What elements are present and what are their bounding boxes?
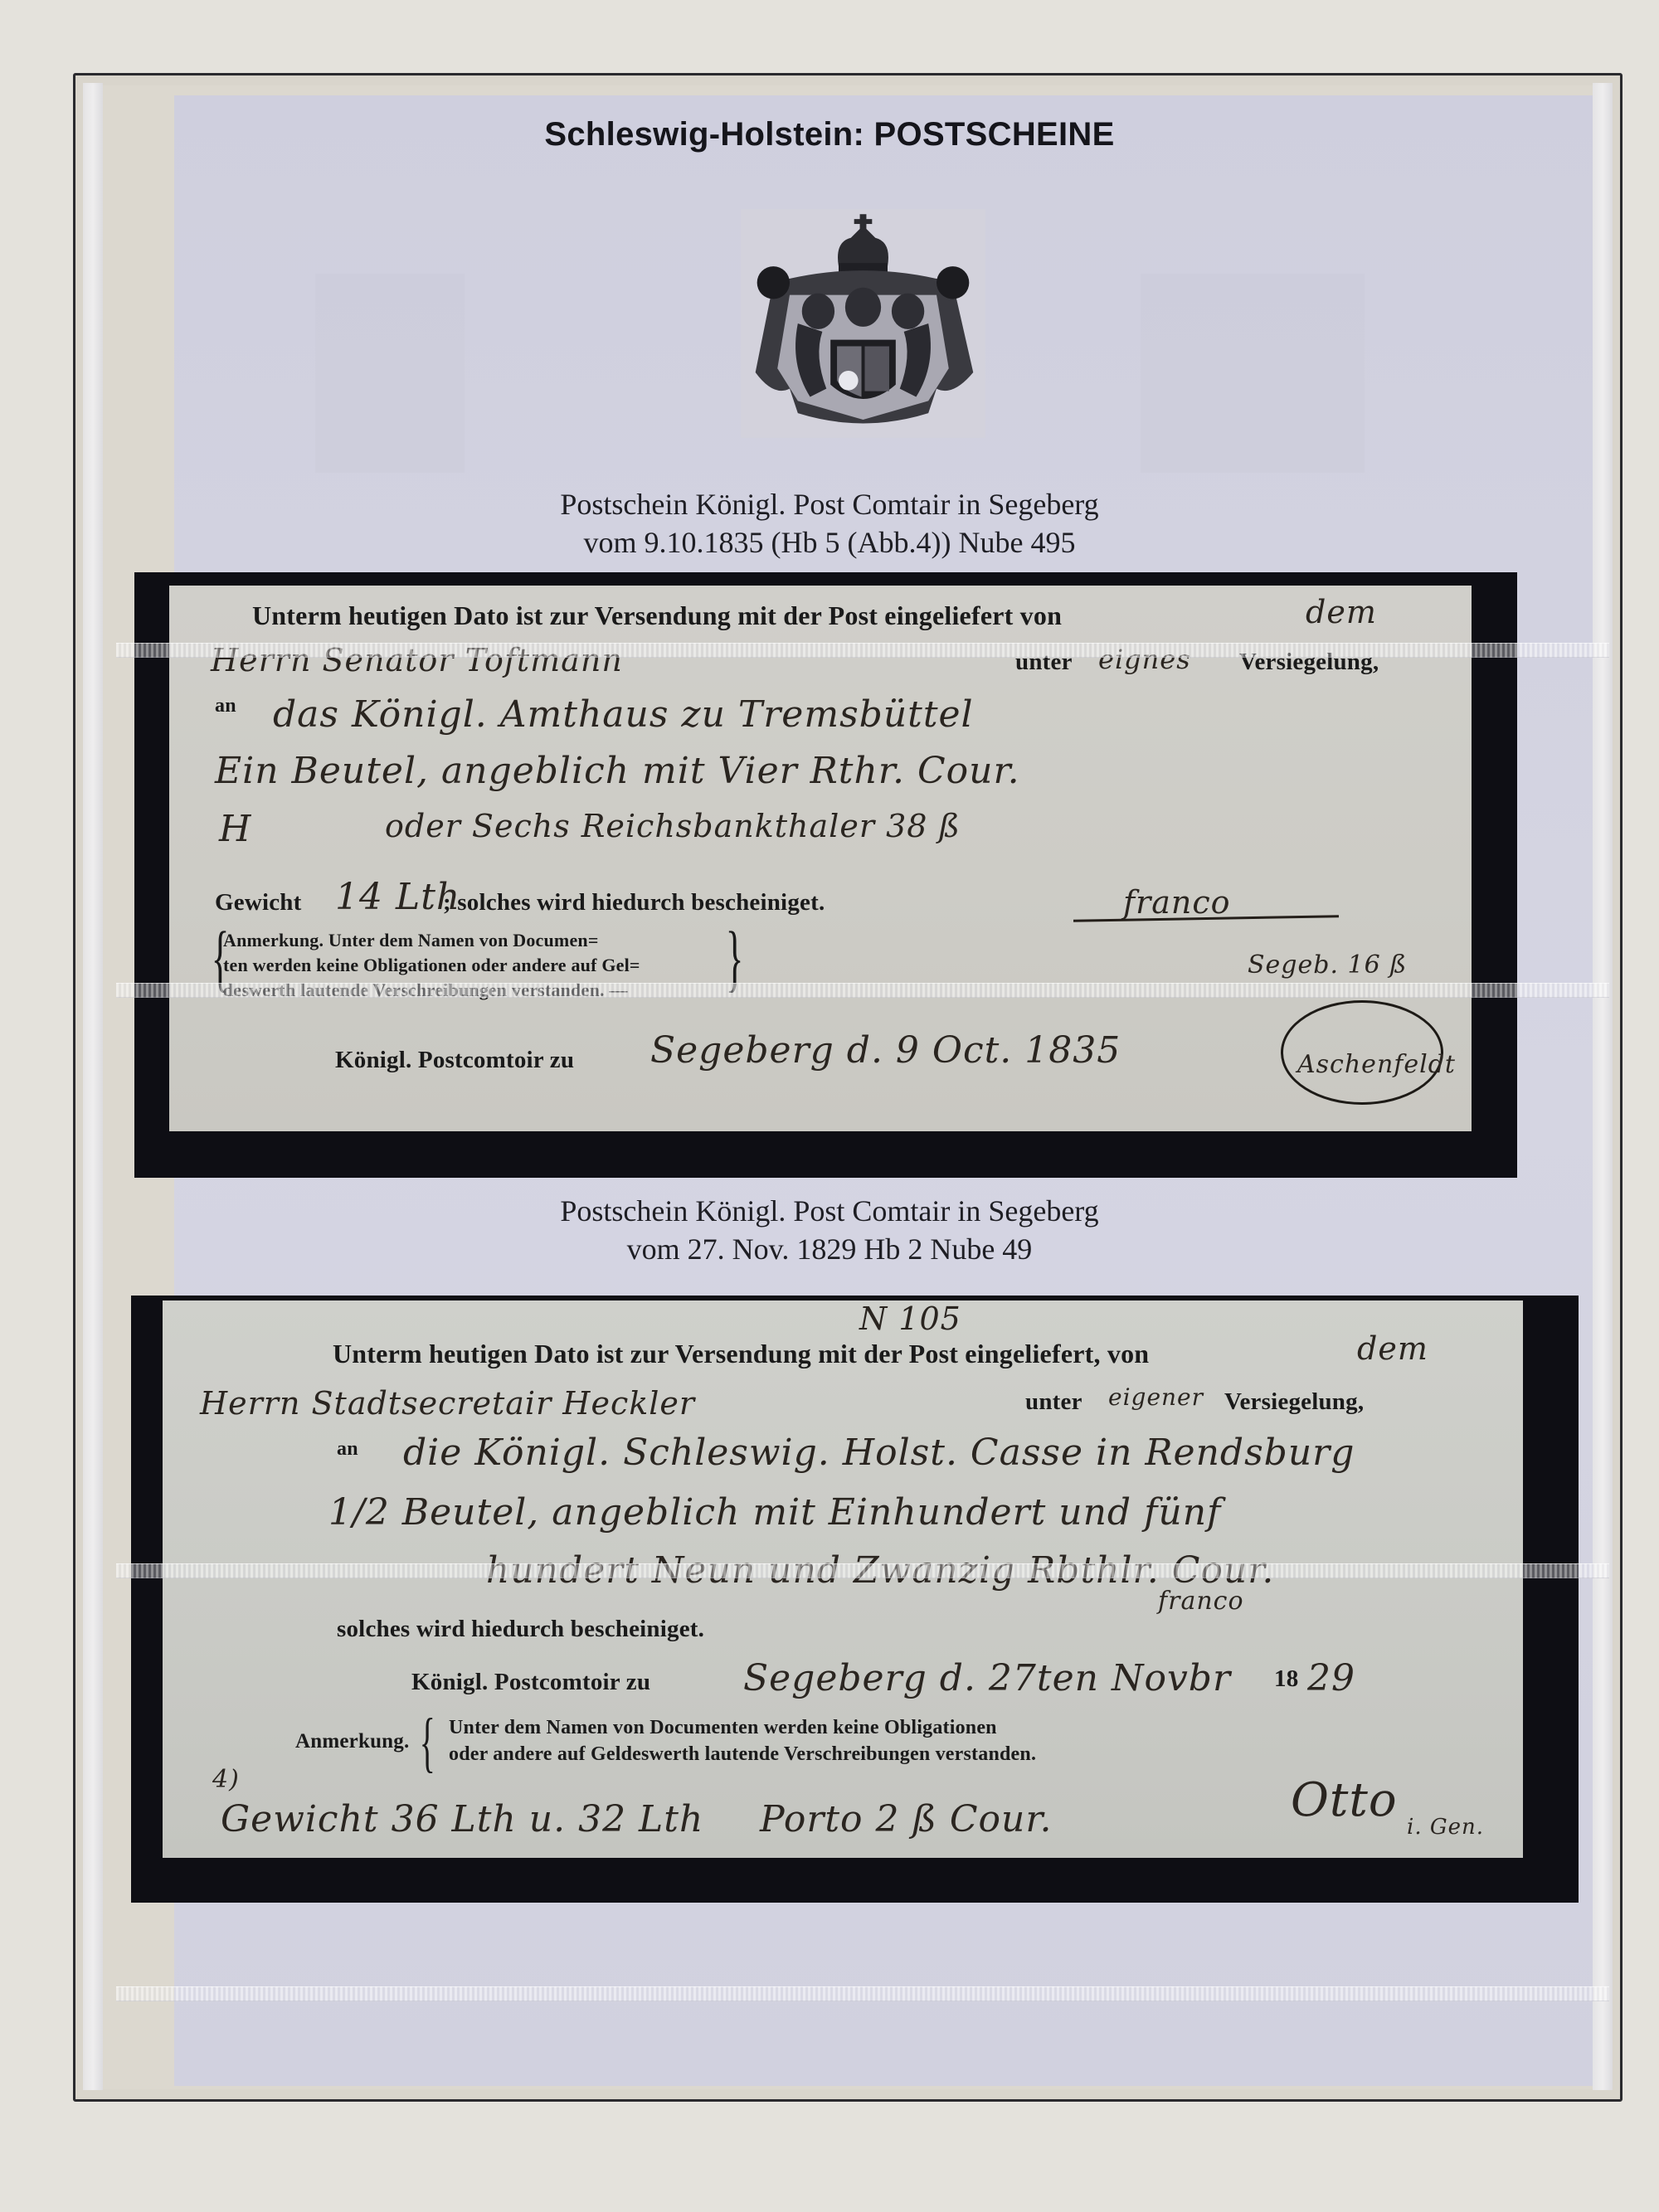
printed-note-line-2: ten werden keine Obligationen oder ander…: [223, 955, 640, 976]
printed-intro: Unterm heutigen Dato ist zur Versendung …: [252, 600, 1062, 631]
handwritten-franco: franco: [1123, 884, 1231, 921]
background-watermark: [1141, 274, 1365, 473]
printed-intro: Unterm heutigen Dato ist zur Versendung …: [333, 1339, 1149, 1369]
printed-year-prefix: 18: [1274, 1665, 1298, 1693]
sleeve-strip: [116, 1986, 1609, 2001]
printed-certify: ; solches wird hiedurch bescheiniget.: [443, 889, 825, 916]
postschein-1835: Unterm heutigen Dato ist zur Versendung …: [169, 586, 1472, 1131]
printed-note-line-1: Anmerkung. Unter dem Namen von Documen=: [223, 930, 599, 951]
sleeve-strip: [116, 983, 1609, 998]
postschein-1829: N 105 Unterm heutigen Dato ist zur Verse…: [163, 1300, 1523, 1858]
handwritten-signature-suffix: i. Gen.: [1407, 1815, 1484, 1840]
printed-office: Königl. Postcomtoir zu: [411, 1669, 650, 1696]
handwritten-weight-line: Gewicht 36 Lth u. 32 Lth: [221, 1798, 703, 1840]
handwritten-signature: Aschenfeldt: [1297, 1050, 1456, 1079]
handwritten-recipient-1: die Königl. Schleswig. Holst. Casse in R…: [403, 1432, 1355, 1474]
handwritten-recipient-1: das Königl. Amthaus zu Tremsbüttel: [273, 693, 974, 736]
handwritten-recipient-2: Ein Beutel, angeblich mit Vier Rthr. Cou…: [215, 750, 1020, 792]
printed-seal-word: Versiegelung,: [1224, 1388, 1364, 1416]
item-caption: Postschein Königl. Post Comtair in Segeb…: [0, 485, 1659, 562]
handwritten-place-date: Segeberg d. 9 Oct. 1835: [650, 1029, 1121, 1072]
printed-note-line-1: Unter dem Namen von Documenten werden ke…: [449, 1717, 997, 1739]
caption-line-2: vom 9.10.1835 (Hb 5 (Abb.4)) Nube 495: [0, 523, 1659, 562]
printed-an: an: [215, 695, 236, 717]
handwritten-margin-mark: 4): [212, 1765, 240, 1794]
item-caption: Postschein Königl. Post Comtair in Segeb…: [0, 1192, 1659, 1268]
handwritten-recipient-3: oder Sechs Reichsbankthaler 38 ß: [385, 808, 961, 844]
handwritten-year-suffix: 29: [1307, 1657, 1355, 1699]
handwritten-sender-prefix: dem: [1357, 1330, 1428, 1367]
sleeve-edge-left: [83, 83, 103, 2090]
background-watermark: [315, 274, 465, 473]
caption-line-2: vom 27. Nov. 1829 Hb 2 Nube 49: [0, 1230, 1659, 1268]
printed-note-label: Anmerkung.: [295, 1730, 409, 1753]
printed-an: an: [337, 1438, 358, 1461]
caption-line-1: Postschein Königl. Post Comtair in Segeb…: [0, 1192, 1659, 1230]
printed-note-line-2: oder andere auf Geldeswerth lautende Ver…: [449, 1743, 1036, 1766]
note-brace: {: [420, 1705, 435, 1780]
handwritten-recipient-2: 1/2 Beutel, angeblich mit Einhundert und…: [328, 1491, 1221, 1534]
handwritten-weight: 14 Lth: [335, 876, 460, 918]
handwritten-franco: franco: [1158, 1587, 1244, 1616]
printed-weight-label: Gewicht: [215, 889, 302, 916]
caption-line-1: Postschein Königl. Post Comtair in Segeb…: [0, 485, 1659, 523]
document-mount-1835: Unterm heutigen Dato ist zur Versendung …: [134, 572, 1517, 1178]
printed-certify: solches wird hiedurch bescheiniget.: [337, 1616, 704, 1643]
sleeve-strip: [116, 643, 1609, 658]
sleeve-strip: [116, 1563, 1609, 1578]
handwritten-fee-line: Porto 2 ß Cour.: [760, 1798, 1053, 1840]
handwritten-fee: Segeb. 16 ß: [1248, 950, 1407, 980]
coat-of-arms-icon: [741, 209, 985, 438]
handwritten-signature: Otto: [1291, 1773, 1398, 1827]
printed-office: Königl. Postcomtoir zu: [335, 1047, 574, 1074]
sleeve-edge-right: [1593, 83, 1613, 2090]
printed-seal-label: unter: [1025, 1388, 1082, 1416]
page-title: Schleswig-Holstein: POSTSCHEINE: [0, 116, 1659, 153]
coat-of-arms-icon: [741, 209, 985, 438]
handwritten-place-date: Segeberg d. 27ten Novbr: [743, 1657, 1231, 1699]
handwritten-sender: Herrn Stadtsecretair Heckler: [200, 1385, 695, 1422]
handwritten-sender-prefix: dem: [1306, 594, 1377, 630]
handwritten-seal-type: eigener: [1108, 1383, 1204, 1411]
handwritten-margin-mark: H: [219, 808, 251, 850]
document-mount-1829: N 105 Unterm heutigen Dato ist zur Verse…: [131, 1296, 1579, 1903]
handwritten-number: N 105: [859, 1300, 961, 1337]
